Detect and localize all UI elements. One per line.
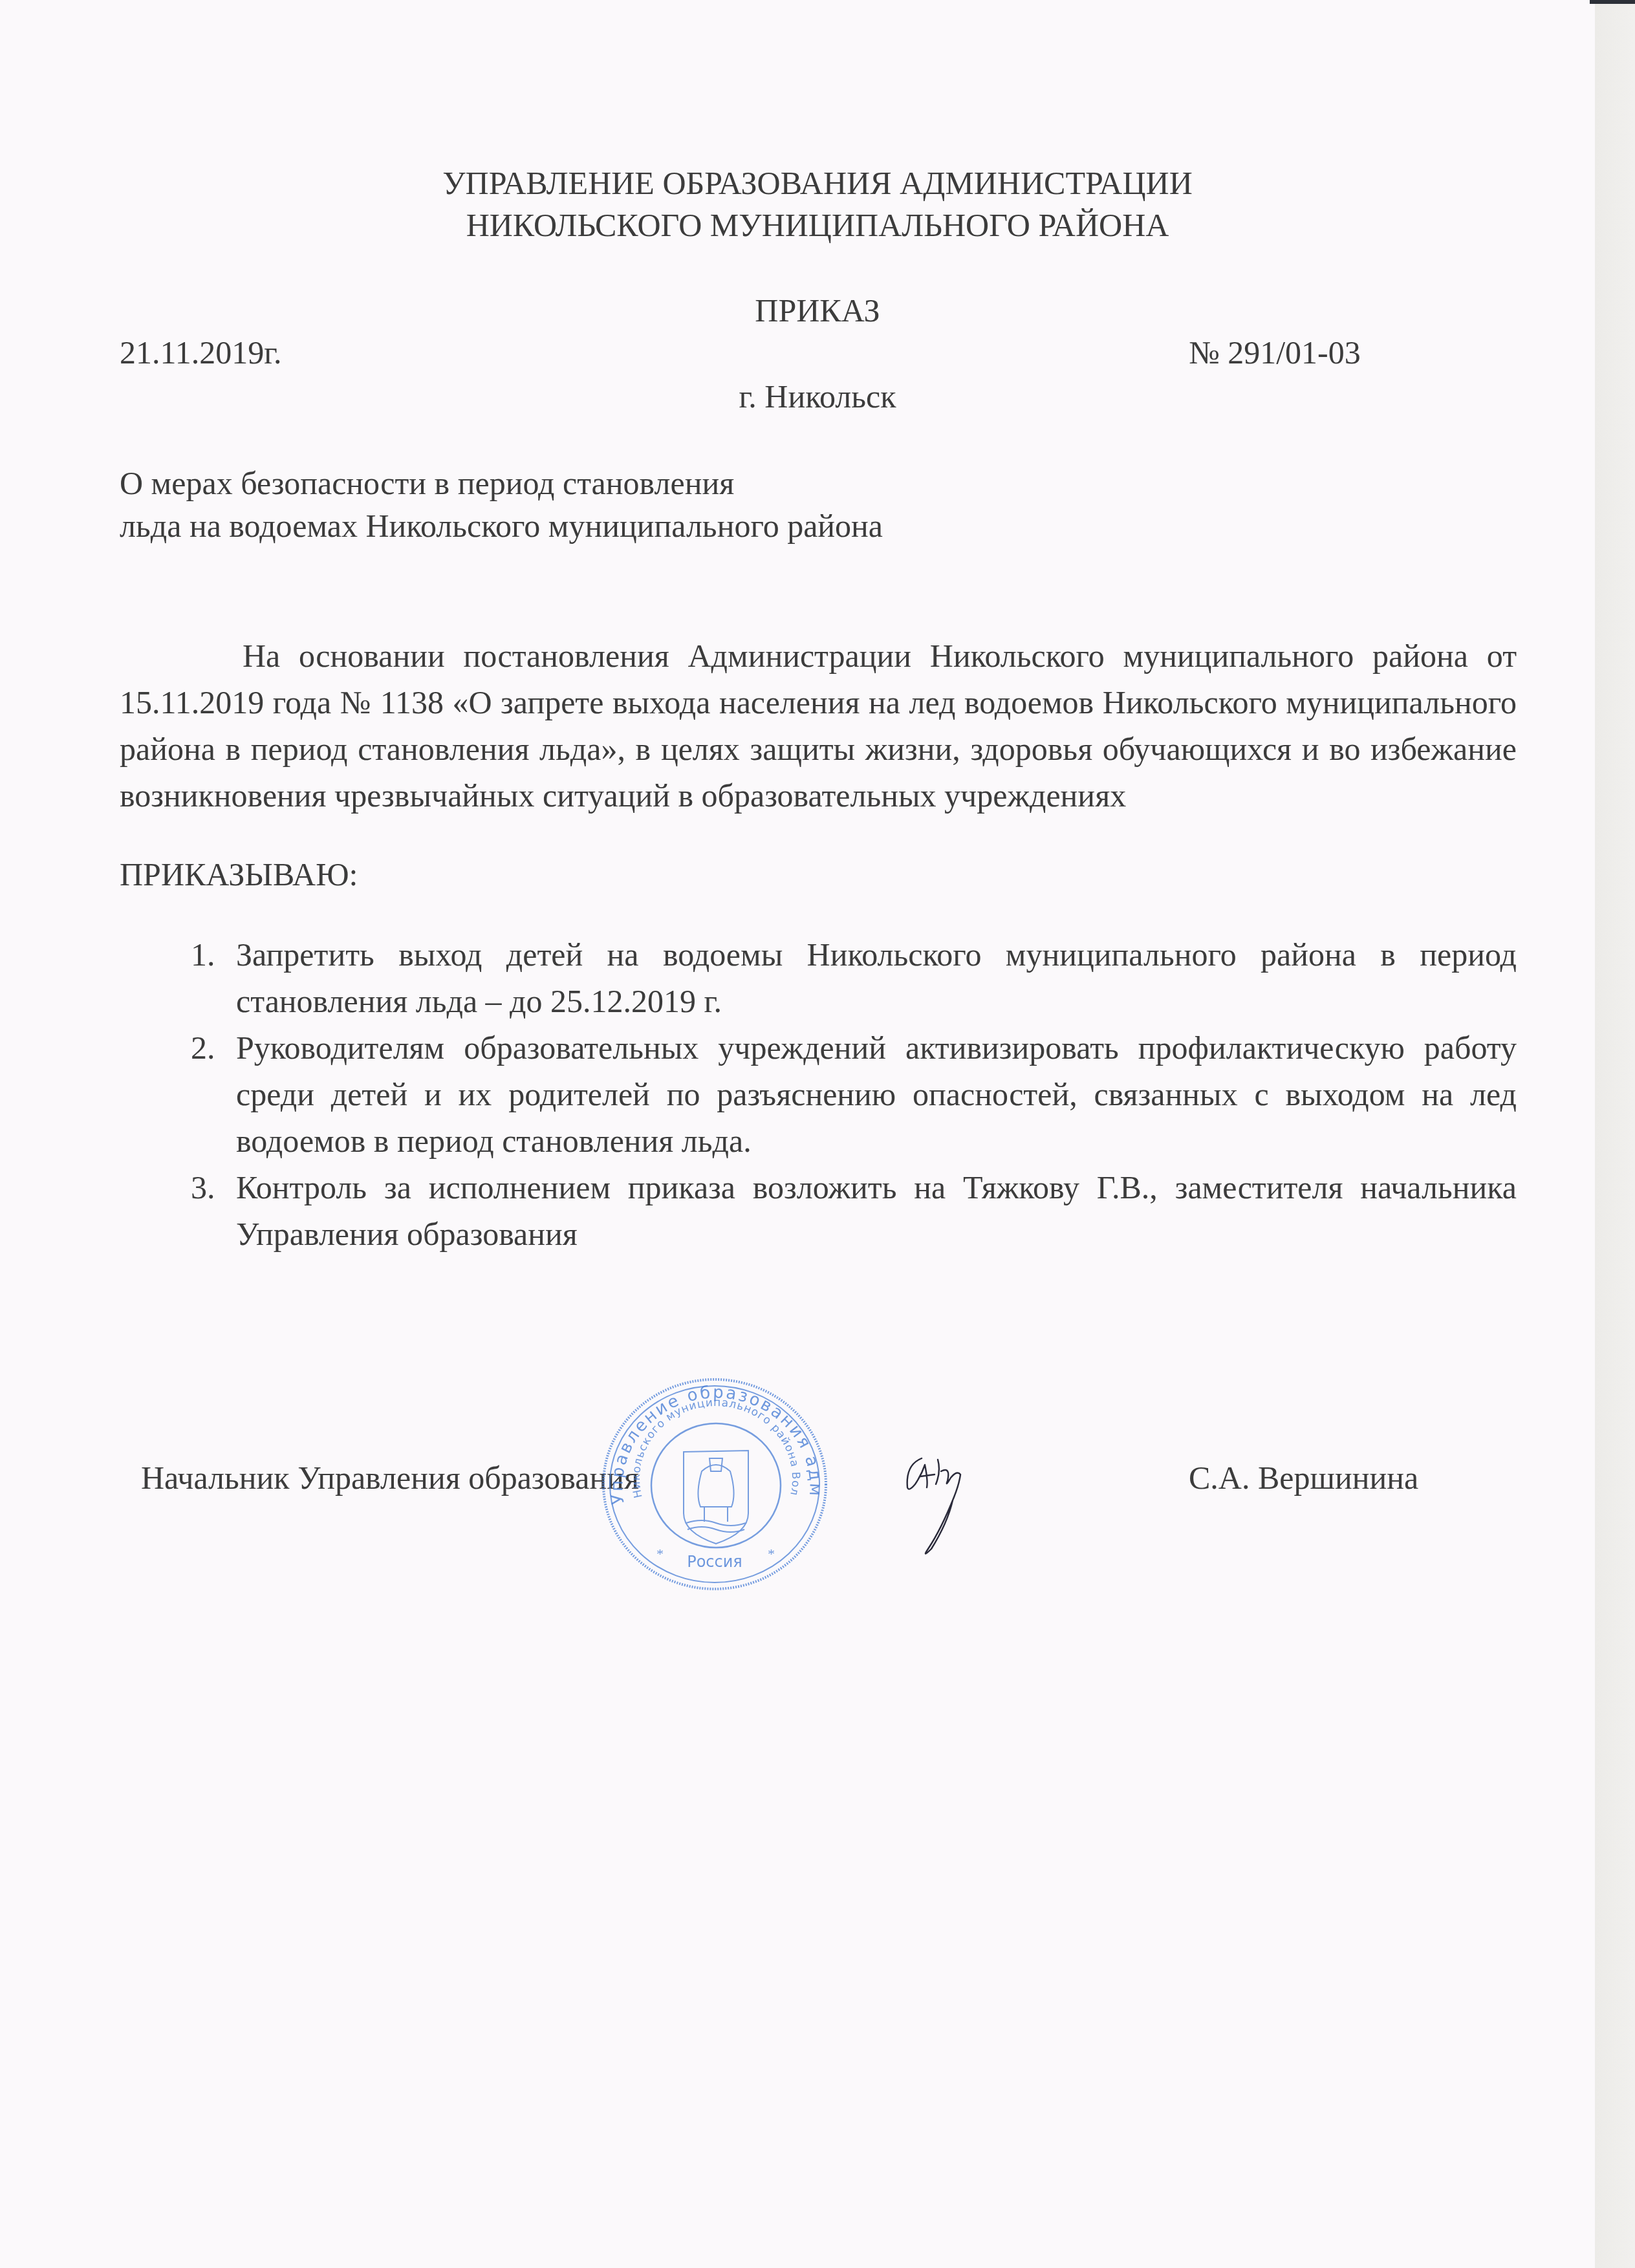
subject-line2: льда на водоемах Никольского муниципальн…: [120, 510, 883, 542]
stamp-bottom-text: Россия: [687, 1553, 742, 1571]
doc-type-title: ПРИКАЗ: [0, 294, 1635, 327]
signatory-position: Начальник Управления образования: [141, 1462, 639, 1494]
stamp-star-icon: *: [656, 1546, 664, 1562]
order-word: ПРИКАЗЫВАЮ:: [120, 858, 358, 891]
order-item: 3. Контроль за исполнением приказа возло…: [168, 1164, 1517, 1257]
item-text: Контроль за исполнением приказа возложит…: [236, 1169, 1517, 1252]
org-name-line1: УПРАВЛЕНИЕ ОБРАЗОВАНИЯ АДМИНИСТРАЦИИ: [0, 167, 1635, 199]
stamp-star-icon: *: [768, 1546, 775, 1562]
scan-edge: [1595, 0, 1635, 2268]
document-page: УПРАВЛЕНИЕ ОБРАЗОВАНИЯ АДМИНИСТРАЦИИ НИК…: [0, 0, 1595, 2268]
order-item: 2. Руководителям образовательных учрежде…: [168, 1024, 1517, 1164]
official-stamp-icon: Управление образования администрации Ник…: [598, 1374, 831, 1594]
order-place: г. Никольск: [0, 380, 1635, 413]
org-name-line2: НИКОЛЬСКОГО МУНИЦИПАЛЬНОГО РАЙОНА: [0, 209, 1635, 241]
scan-top-edge: [1590, 0, 1635, 4]
order-items-list: 1. Запретить выход детей на водоемы Нико…: [168, 931, 1517, 1257]
item-text: Запретить выход детей на водоемы Никольс…: [236, 936, 1517, 1019]
handwritten-signature-icon: [902, 1452, 999, 1562]
preamble-paragraph: На основании постановления Администрации…: [120, 632, 1517, 819]
subject-line1: О мерах безопасности в период становлени…: [120, 467, 734, 499]
item-text: Руководителям образовательных учреждений…: [236, 1030, 1517, 1159]
signatory-name: С.А. Вершинина: [1189, 1462, 1418, 1494]
item-number: 2.: [191, 1024, 215, 1071]
item-number: 1.: [191, 931, 215, 978]
item-number: 3.: [191, 1164, 215, 1211]
order-item: 1. Запретить выход детей на водоемы Нико…: [168, 931, 1517, 1024]
order-date: 21.11.2019г.: [120, 336, 282, 369]
order-number: № 291/01-03: [1189, 336, 1361, 369]
